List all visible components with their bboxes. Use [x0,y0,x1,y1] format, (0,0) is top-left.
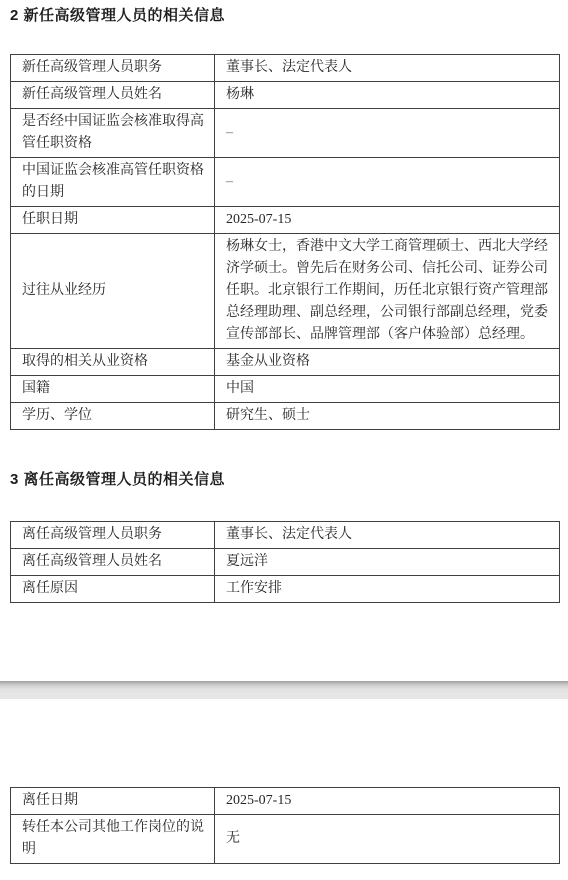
table-row: 离任日期 2025-07-15 [11,788,560,815]
row-value: 2025-07-15 [215,788,560,815]
row-value: 夏远洋 [215,549,560,576]
row-value: 董事长、法定代表人 [215,55,560,82]
row-label: 任职日期 [11,207,215,234]
row-value: 工作安排 [215,576,560,603]
row-label: 取得的相关从业资格 [11,349,215,376]
row-value: 杨琳 [215,82,560,109]
document-page: 2 新任高级管理人员的相关信息 新任高级管理人员职务 董事长、法定代表人 新任高… [0,0,568,880]
row-value: 2025-07-15 [215,207,560,234]
table-row: 中国证监会核准高管任职资格的日期 – [11,158,560,207]
row-value: 董事长、法定代表人 [215,522,560,549]
table-row: 离任原因 工作安排 [11,576,560,603]
table-row: 过往从业经历 杨琳女士，香港中文大学工商管理硕士、西北大学经济学硕士。曾先后在财… [11,234,560,349]
row-label: 新任高级管理人员姓名 [11,82,215,109]
row-value: 中国 [215,376,560,403]
row-label: 转任本公司其他工作岗位的说明 [11,815,215,864]
row-label: 国籍 [11,376,215,403]
section-heading-new-management: 2 新任高级管理人员的相关信息 [10,6,225,25]
row-value: – [215,158,560,207]
table-row: 国籍 中国 [11,376,560,403]
row-value: 杨琳女士，香港中文大学工商管理硕士、西北大学经济学硕士。曾先后在财务公司、信托公… [215,234,560,349]
table-row: 学历、学位 研究生、硕士 [11,403,560,430]
row-label: 离任高级管理人员职务 [11,522,215,549]
departing-management-table-continued: 离任日期 2025-07-15 转任本公司其他工作岗位的说明 无 [10,787,560,864]
row-value: 研究生、硕士 [215,403,560,430]
row-value: 无 [215,815,560,864]
section-heading-departing-management: 3 离任高级管理人员的相关信息 [10,470,225,489]
row-value: – [215,109,560,158]
table-row: 是否经中国证监会核准取得高管任职资格 – [11,109,560,158]
page-break-separator [0,681,568,699]
table-row: 取得的相关从业资格 基金从业资格 [11,349,560,376]
row-value: 基金从业资格 [215,349,560,376]
row-label: 是否经中国证监会核准取得高管任职资格 [11,109,215,158]
table-row: 任职日期 2025-07-15 [11,207,560,234]
row-label: 过往从业经历 [11,234,215,349]
table-row: 离任高级管理人员职务 董事长、法定代表人 [11,522,560,549]
row-label: 学历、学位 [11,403,215,430]
row-label: 离任原因 [11,576,215,603]
table-row: 新任高级管理人员姓名 杨琳 [11,82,560,109]
row-label: 新任高级管理人员职务 [11,55,215,82]
row-label: 离任高级管理人员姓名 [11,549,215,576]
new-management-table: 新任高级管理人员职务 董事长、法定代表人 新任高级管理人员姓名 杨琳 是否经中国… [10,54,560,430]
departing-management-table: 离任高级管理人员职务 董事长、法定代表人 离任高级管理人员姓名 夏远洋 离任原因… [10,521,560,603]
table-row: 离任高级管理人员姓名 夏远洋 [11,549,560,576]
row-label: 离任日期 [11,788,215,815]
table-row: 转任本公司其他工作岗位的说明 无 [11,815,560,864]
row-label: 中国证监会核准高管任职资格的日期 [11,158,215,207]
table-row: 新任高级管理人员职务 董事长、法定代表人 [11,55,560,82]
